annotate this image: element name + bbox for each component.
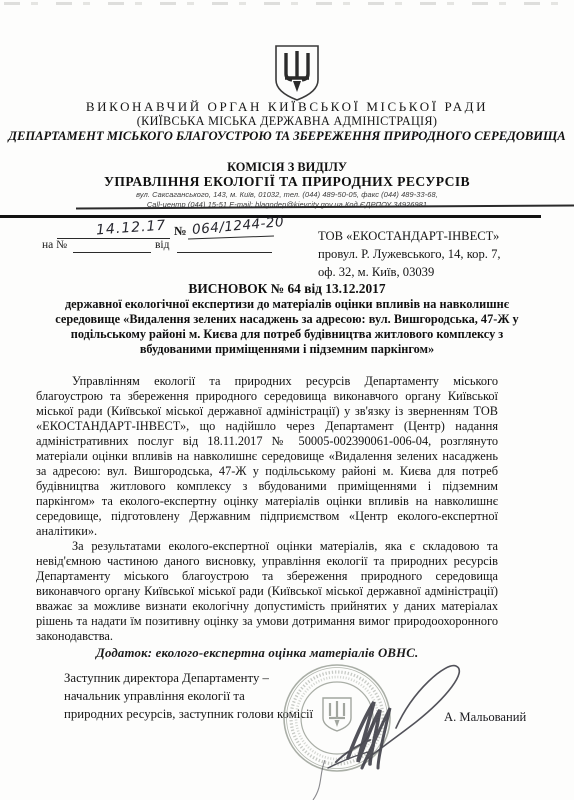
reply-to-number-label: на №	[42, 239, 67, 251]
ukraine-trident-emblem-icon	[270, 44, 324, 102]
org-department-name: ДЕПАРТАМЕНТ МІСЬКОГО БЛАГОУСТРОЮ ТА ЗБЕР…	[0, 129, 574, 145]
document-title: ВИСНОВОК № 64 від 13.12.2017	[0, 281, 574, 297]
handwritten-outgoing-number: 064/1244-20	[191, 214, 284, 238]
reply-number-underline	[73, 252, 151, 253]
signatory-name: А. Мальований	[444, 710, 526, 725]
org-directorate-name: УПРАВЛІННЯ ЕКОЛОГІЇ ТА ПРИРОДНИХ РЕСУРСІ…	[0, 174, 574, 190]
recipient-block: ТОВ «ЕКОСТАНДАРТ-ІНВЕСТ» провул. Р. Луже…	[318, 227, 548, 281]
org-address-line: вул. Саксаганського, 143, м. Київ, 01032…	[0, 190, 574, 199]
recipient-company: ТОВ «ЕКОСТАНДАРТ-ІНВЕСТ»	[318, 227, 548, 245]
org-name-line1: ВИКОНАВЧИЙ ОРГАН КИЇВСЬКОЇ МІСЬКОЇ РАДИ	[0, 99, 574, 115]
recipient-address-line2: оф. 32, м. Київ, 03039	[318, 263, 548, 281]
reply-date-underline	[177, 252, 272, 253]
recipient-address-line1: провул. Р. Лужевського, 14, кор. 7,	[318, 245, 548, 263]
document-subtitle: державної екологічної експертизи до мате…	[54, 297, 520, 357]
body-paragraph-1: Управлінням екології та природних ресурс…	[36, 374, 498, 539]
signature-pen-tail	[295, 760, 355, 800]
body-paragraph-1-text: Управлінням екології та природних ресурс…	[36, 374, 498, 538]
org-name-line2: (КИЇВСЬКА МІСЬКА ДЕРЖАВНА АДМІНІСТРАЦІЯ)	[0, 114, 574, 129]
handwritten-date: 14.12.17	[96, 218, 167, 239]
document-page: ВИКОНАВЧИЙ ОРГАН КИЇВСЬКОЇ МІСЬКОЇ РАДИ …	[0, 0, 574, 800]
date-underline	[57, 238, 170, 239]
reply-from-date-label: від	[155, 239, 169, 251]
number-sign-label: №	[174, 224, 187, 239]
body-paragraph-2: За результатами еколого-експертної оцінк…	[36, 539, 498, 644]
scan-artifact-line	[4, 2, 570, 5]
body-paragraph-2-text: За результатами еколого-експертної оцінк…	[36, 539, 498, 643]
